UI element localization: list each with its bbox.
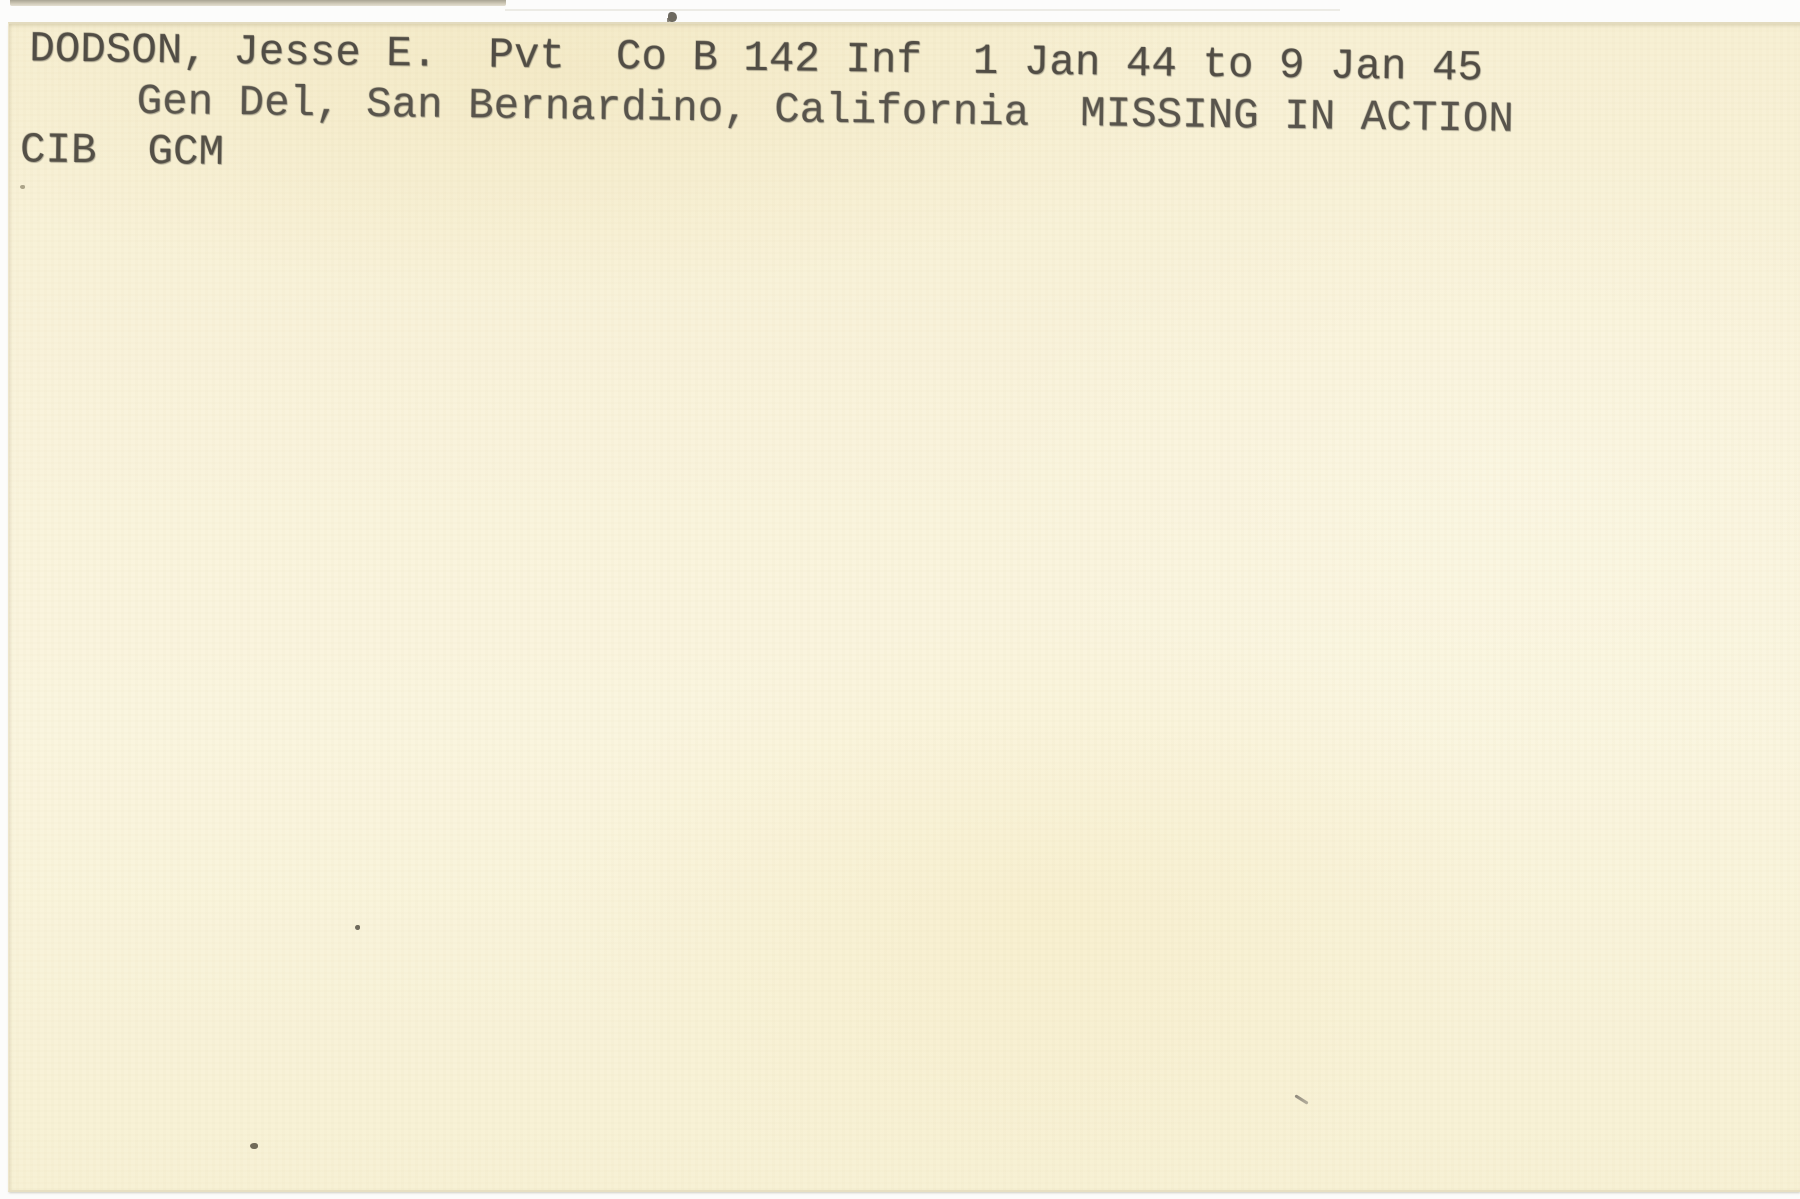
paper-speck	[355, 925, 360, 930]
paper-speck	[250, 1143, 258, 1149]
typed-line-awards: CIB GCM	[20, 129, 225, 174]
paper-speck	[668, 12, 677, 22]
typewritten-text-block: DODSON, Jesse E. Pvt Co B 142 Inf 1 Jan …	[0, 0, 1800, 324]
paper-speck	[20, 185, 25, 189]
scanned-document: DODSON, Jesse E. Pvt Co B 142 Inf 1 Jan …	[0, 0, 1800, 1199]
